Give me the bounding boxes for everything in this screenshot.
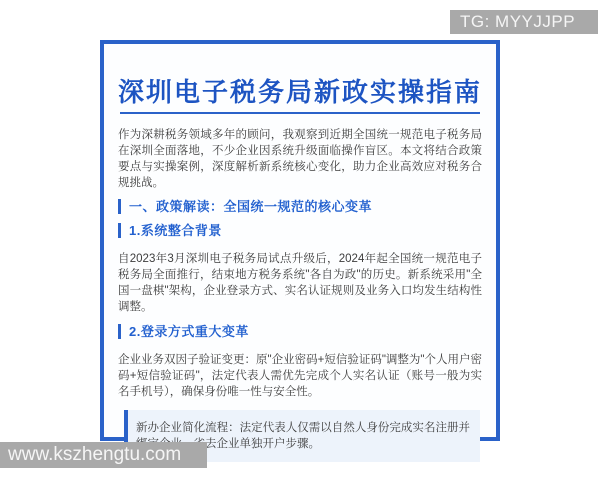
title-underline — [120, 112, 480, 114]
subsection-1-heading: 1.系统整合背景 — [118, 223, 482, 238]
section-heading: 一、政策解读：全国统一规范的核心变革 — [118, 199, 482, 214]
intro-paragraph: 作为深耕税务领域多年的顾问，我观察到近期全国统一规范电子税务局在深圳全面落地，不… — [118, 127, 482, 191]
watermark-bottom-left: www.kszhengtu.com — [0, 442, 207, 468]
poster-title: 深圳电子税务局新政实操指南 — [118, 76, 482, 108]
poster-card: 深圳电子税务局新政实操指南 作为深耕税务领域多年的顾问，我观察到近期全国统一规范… — [100, 40, 500, 441]
page: TG: MYYJJPP 深圳电子税务局新政实操指南 作为深耕税务领域多年的顾问，… — [0, 0, 600, 480]
watermark-top-right: TG: MYYJJPP — [450, 10, 598, 34]
subsection-2-heading: 2.登录方式重大变革 — [118, 324, 482, 339]
subsection-1-body: 自2023年3月深圳电子税务局试点升级后，2024年起全国统一规范电子税务局全面… — [118, 251, 482, 315]
subsection-2-body: 企业业务双因子验证变更：原"企业密码+短信验证码"调整为"个人用户密码+短信验证… — [118, 352, 482, 400]
